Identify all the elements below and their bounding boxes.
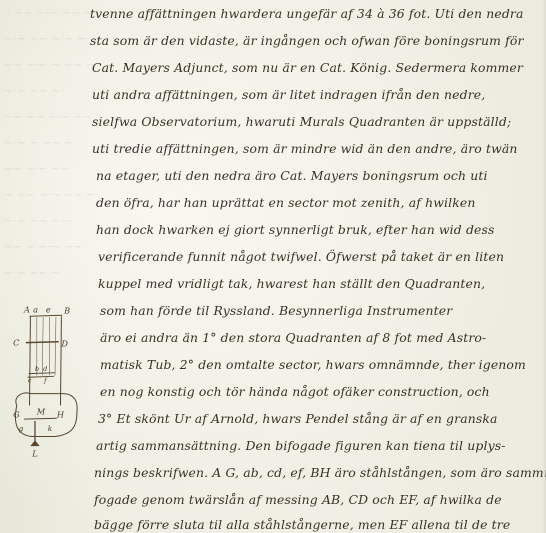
- svg-text:d: d: [43, 365, 47, 373]
- text-line: artig sammansättning. Den bifogade figur…: [96, 438, 506, 453]
- svg-text:g: g: [19, 424, 24, 433]
- text-line: 3° Et skönt Ur af Arnold, hwars Pendel s…: [98, 411, 498, 426]
- text-line: bägge förre sluta til alla ståhlstångern…: [94, 517, 510, 532]
- text-line: na etager, uti den nedra äro Cat. Mayers…: [96, 168, 488, 183]
- svg-text:L: L: [31, 449, 37, 459]
- pendulum-sketch: Aae B CD bd cf GMH gk L: [4, 292, 86, 468]
- text-line: verificerande funnit något twifwel. Öfwe…: [98, 249, 504, 264]
- text-line: som han förde til Ryssland. Besynnerliga…: [100, 303, 452, 318]
- svg-text:c: c: [28, 377, 32, 385]
- text-line: den öfra, har han uprättat en sector mot…: [96, 195, 475, 210]
- text-line: Cat. Mayers Adjunct, som nu är en Cat. K…: [92, 60, 523, 75]
- svg-text:C: C: [13, 337, 20, 347]
- page-edge: [542, 0, 546, 533]
- pendulum-diagram-icon: Aae B CD bd cf GMH gk L: [4, 292, 86, 468]
- text-line: tvenne affättningen hwardera ungefär af …: [90, 6, 524, 21]
- text-line: uti andra affättningen, som är litet ind…: [92, 87, 485, 102]
- svg-text:G: G: [13, 409, 20, 419]
- text-line: uti tredie affättningen, som är mindre w…: [92, 141, 518, 156]
- text-line: äro ei andra än 1° den stora Quadranten …: [100, 330, 486, 345]
- svg-text:e: e: [46, 305, 51, 315]
- text-line: fogade genom twärslån af messing AB, CD …: [94, 492, 502, 507]
- text-line: sielfwa Observatorium, hwaruti Murals Qu…: [92, 114, 511, 129]
- svg-text:M: M: [36, 407, 46, 417]
- text-line: nings beskrifwen. A G, ab, cd, ef, BH är…: [94, 465, 546, 480]
- svg-text:f: f: [43, 377, 48, 385]
- text-line: han dock hwarken ej giort synnerligt bru…: [96, 222, 495, 237]
- text-line: kuppel med vridligt tak, hwarest han stä…: [98, 276, 485, 291]
- svg-text:B: B: [63, 305, 70, 315]
- text-line: sta som är den vidaste, är ingången och …: [90, 33, 524, 48]
- svg-text:b: b: [35, 365, 39, 373]
- text-line: matisk Tub, 2° den omtalte sector, hwars…: [100, 357, 526, 372]
- manuscript-page: ·· ~~ ~·~ ~~ ~~·~ ~~ ~·~ ~·~~ ~·~ ~ ~~ ~…: [0, 0, 546, 533]
- text-line: en nog konstig och tör hända något ofäke…: [100, 384, 490, 399]
- svg-text:k: k: [48, 424, 52, 433]
- svg-text:D: D: [60, 338, 68, 348]
- svg-text:a: a: [33, 305, 38, 315]
- svg-text:A: A: [23, 305, 30, 315]
- svg-text:H: H: [56, 409, 65, 419]
